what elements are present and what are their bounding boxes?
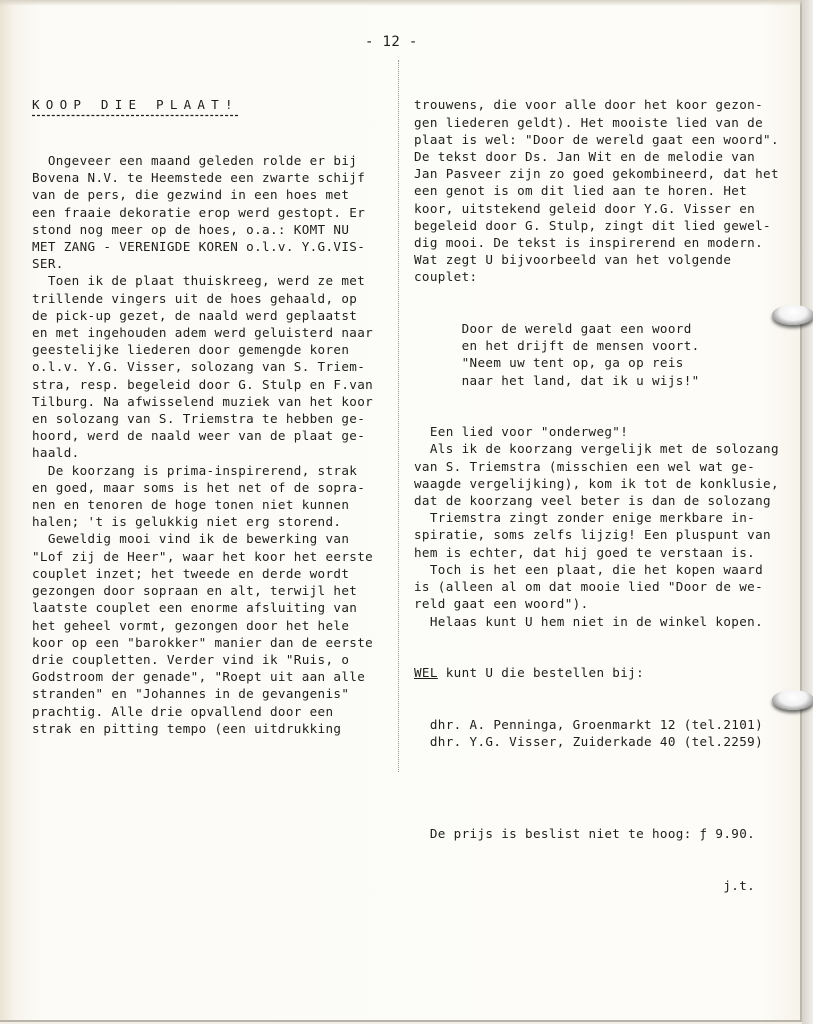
order-text: kunt U die bestellen bij: bbox=[438, 665, 644, 680]
text-line: Ongeveer een maand geleden rolde er bij bbox=[32, 152, 392, 169]
text-line: Toen ik de plaat thuiskreeg, werd ze met bbox=[32, 272, 392, 289]
text-line: koor, uitstekend geleid door Y.G. Visser… bbox=[414, 200, 804, 217]
text-line: Jan Pasveer zijn zo goed gekombineerd, d… bbox=[414, 165, 804, 182]
right-column-continued: Een lied voor "onderweg"! Als ik de koor… bbox=[414, 423, 804, 629]
text-line: MET ZANG - VERENIGDE KOREN o.l.v. Y.G.VI… bbox=[32, 238, 392, 255]
text-line: Toch is het een plaat, die het kopen waa… bbox=[414, 561, 804, 578]
text-line: stranden" en "Johannes in de gevangenis" bbox=[32, 685, 392, 702]
left-column: KOOP DIE PLAAT! Ongeveer een maand geled… bbox=[32, 62, 392, 771]
text-line: een fraaie dekoratie erop werd gestopt. … bbox=[32, 204, 392, 221]
text-line: De koorzang is prima-inspirerend, strak bbox=[32, 462, 392, 479]
text-line: plaat is wel: "Door de wereld gaat een w… bbox=[414, 131, 804, 148]
verse-line: "Neem uw tent op, ga op reis bbox=[414, 354, 804, 371]
text-line: spiratie, soms zelfs lijzig! Een pluspun… bbox=[414, 526, 804, 543]
article-title: KOOP DIE PLAAT! bbox=[32, 96, 392, 113]
text-line: o.l.v. Y.G. Visser, solozang van S. Trie… bbox=[32, 358, 392, 375]
order-emphasis: WEL bbox=[414, 665, 438, 680]
text-line: SER. bbox=[32, 255, 392, 272]
text-line: laatste couplet een enorme afsluiting va… bbox=[32, 599, 392, 616]
binder-edge bbox=[802, 0, 813, 1024]
page-number: - 12 - bbox=[365, 34, 418, 51]
text-line: stra, resp. begeleid door G. Stulp en F.… bbox=[32, 376, 392, 393]
text-line: "Lof zij de Heer", waar het koor het eer… bbox=[32, 548, 392, 565]
price-line: De prijs is beslist niet te hoog: ƒ 9.90… bbox=[414, 825, 804, 842]
column-divider bbox=[398, 60, 399, 772]
contact-list: dhr. A. Penninga, Groenmarkt 12 (tel.210… bbox=[414, 716, 804, 750]
punch-hole-icon bbox=[772, 305, 813, 325]
text-line: van de pers, die gezwind in een hoes met bbox=[32, 186, 392, 203]
verse-line: en het drijft de mensen voort. bbox=[414, 337, 804, 354]
text-line: geestelijke liederen door gemengde koren bbox=[32, 341, 392, 358]
text-line: begeleid door G. Stulp, zingt dit lied g… bbox=[414, 217, 804, 234]
text-line: couplet: bbox=[414, 268, 804, 285]
text-line: Triemstra zingt zonder enige merkbare in… bbox=[414, 509, 804, 526]
verse-block: Door de wereld gaat een woord en het dri… bbox=[414, 320, 804, 389]
text-line: hem is echter, dat hij goed te verstaan … bbox=[414, 544, 804, 561]
verse-line: naar het land, dat ik u wijs!" bbox=[414, 372, 804, 389]
text-line: Bovena N.V. te Heemstede een zwarte schi… bbox=[32, 169, 392, 186]
scan-top-edge bbox=[0, 0, 813, 6]
spacer bbox=[414, 785, 804, 791]
text-line: trillende vingers uit de hoes gehaald, o… bbox=[32, 290, 392, 307]
text-line: en met ingehouden adem werd geluisterd n… bbox=[32, 324, 392, 341]
text-line: trouwens, die voor alle door het koor ge… bbox=[414, 96, 804, 113]
contact-line: dhr. A. Penninga, Groenmarkt 12 (tel.210… bbox=[414, 716, 804, 733]
text-line: Een lied voor "onderweg"! bbox=[414, 423, 804, 440]
text-line: De tekst door Ds. Jan Wit en de melodie … bbox=[414, 148, 804, 165]
text-line: couplet inzet; het tweede en derde wordt bbox=[32, 565, 392, 582]
text-line: het geheel vormt, gezongen door het hele bbox=[32, 617, 392, 634]
text-line: een genot is om dit lied aan te horen. H… bbox=[414, 182, 804, 199]
text-line: drie coupletten. Verder vind ik "Ruis, o bbox=[32, 651, 392, 668]
text-line: is (alleen al om dat mooie lied "Door de… bbox=[414, 578, 804, 595]
text-line: gen liederen geldt). Het mooiste lied va… bbox=[414, 114, 804, 131]
text-line: dig mooi. De tekst is inspirerend en mod… bbox=[414, 234, 804, 251]
text-line: de pick-up gezet, de naald werd geplaats… bbox=[32, 307, 392, 324]
right-column: trouwens, die voor alle door het koor ge… bbox=[414, 62, 804, 928]
text-line: Geweldig mooi vind ik de bewerking van bbox=[32, 530, 392, 547]
document-page: - 12 - KOOP DIE PLAAT! Ongeveer een maan… bbox=[0, 0, 802, 1022]
text-line: gezongen door sopraan en alt, terwijl he… bbox=[32, 582, 392, 599]
text-line: strak en pitting tempo (een uitdrukking bbox=[32, 720, 392, 737]
text-line: en solozang van S. Triemstra te hebben g… bbox=[32, 410, 392, 427]
text-line: Wat zegt U bijvoorbeeld van het volgende bbox=[414, 251, 804, 268]
text-line: van S. Triemstra (misschien een wel wat … bbox=[414, 458, 804, 475]
text-line: nen en tenoren de hoge tonen niet kunnen bbox=[32, 496, 392, 513]
signature: j.t. bbox=[414, 877, 804, 894]
left-column-body: Ongeveer een maand geleden rolde er bijB… bbox=[32, 152, 392, 737]
text-line: stond nog meer op de hoes, o.a.: KOMT NU bbox=[32, 221, 392, 238]
text-line: Als ik de koorzang vergelijk met de solo… bbox=[414, 440, 804, 457]
text-line: reld gaat een woord"). bbox=[414, 595, 804, 612]
text-line: dat de koorzang veel beter is dan de sol… bbox=[414, 492, 804, 509]
text-line: Tilburg. Na afwisselend muziek van het k… bbox=[32, 393, 392, 410]
text-line: hoord, werd de naald weer van de plaat g… bbox=[32, 427, 392, 444]
punch-hole-icon bbox=[772, 690, 813, 710]
contact-line: dhr. Y.G. Visser, Zuiderkade 40 (tel.225… bbox=[414, 733, 804, 750]
text-line: Godstroom der genade", "Roept uit aan al… bbox=[32, 668, 392, 685]
text-line: Helaas kunt U hem niet in de winkel kope… bbox=[414, 613, 804, 630]
text-line: haald. bbox=[32, 444, 392, 461]
text-line: en goed, maar soms is het net of de sopr… bbox=[32, 479, 392, 496]
text-line: halen; 't is gelukkig niet erg storend. bbox=[32, 513, 392, 530]
text-line: prachtig. Alle drie opvallend door een bbox=[32, 703, 392, 720]
right-column-body: trouwens, die voor alle door het koor ge… bbox=[414, 96, 804, 285]
text-line: koor op een "barokker" manier dan de eer… bbox=[32, 634, 392, 651]
order-line: WEL kunt U die bestellen bij: bbox=[414, 664, 804, 681]
verse-line: Door de wereld gaat een woord bbox=[414, 320, 804, 337]
text-line: waagde vergelijking), kom ik tot de konk… bbox=[414, 475, 804, 492]
